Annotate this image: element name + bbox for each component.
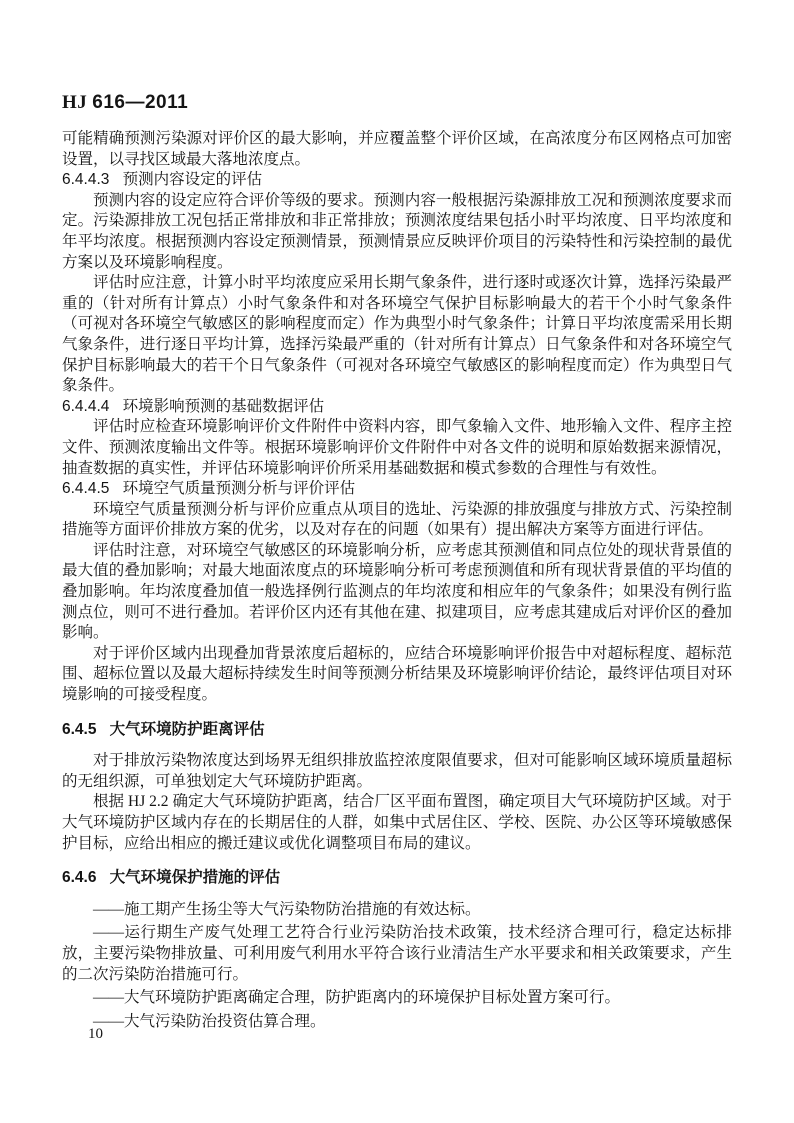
page-header: HJ616—2011 xyxy=(62,92,188,114)
section-number: 6.4.5 xyxy=(62,721,96,738)
page-number: 10 xyxy=(88,1026,103,1043)
section-heading-6445: 6.4.4.5环境空气质量预测分析与评价评估 xyxy=(62,479,732,500)
paragraph: 对于评价区域内出现叠加背景浓度后超标的，应结合环境影响评价报告中对超标程度、超标… xyxy=(62,644,732,706)
paragraph: 评估时注意，对环境空气敏感区的环境影响分析，应考虑其预测值和同点位处的现状背景值… xyxy=(62,541,732,644)
paragraph: 根据 HJ 2.2 确定大气环境防护距离，结合厂区平面布置图，确定项目大气环境防… xyxy=(62,792,732,854)
paragraph: 评估时应检查环境影响评价文件附件中资料内容，即气象输入文件、地形输入文件、程序主… xyxy=(62,417,732,479)
paragraph: 评估时应注意，计算小时平均浓度应采用长期气象条件，进行逐时或逐次计算，选择污染最… xyxy=(62,273,732,397)
standard-prefix: HJ xyxy=(62,92,87,113)
dash-list-item: ——施工期产生扬尘等大气污染物防治措施的有效达标。 xyxy=(62,900,732,921)
paragraph: 预测内容的设定应符合评价等级的要求。预测内容一般根据污染源排放工况和预测浓度要求… xyxy=(62,191,732,273)
section-title: 大气环境保护措施的评估 xyxy=(110,869,281,886)
paragraph: 对于排放污染物浓度达到场界无组织排放监控浓度限值要求，但对可能影响区域环境质量超… xyxy=(62,751,732,792)
section-heading-6443: 6.4.4.3预测内容设定的评估 xyxy=(62,170,732,191)
document-body: 可能精确预测污染源对评价区的最大影响，并应覆盖整个评价区域，在高浓度分布区网格点… xyxy=(62,129,732,1035)
section-heading-6444: 6.4.4.4环境影响预测的基础数据评估 xyxy=(62,397,732,418)
section-heading-645: 6.4.5大气环境防护距离评估 xyxy=(62,720,732,741)
section-heading-646: 6.4.6大气环境保护措施的评估 xyxy=(62,868,732,889)
dash-list-item: ——运行期生产废气处理工艺符合行业污染防治技术政策，技术经济合理可行，稳定达标排… xyxy=(62,923,732,985)
section-number: 6.4.6 xyxy=(62,869,96,886)
section-title: 大气环境防护距离评估 xyxy=(110,721,265,738)
section-number: 6.4.4.4 xyxy=(62,398,109,415)
section-title: 环境影响预测的基础数据评估 xyxy=(123,398,325,415)
section-number: 6.4.4.5 xyxy=(62,480,109,497)
dash-list-item: ——大气污染防治投资估算合理。 xyxy=(62,1012,732,1033)
section-title: 环境空气质量预测分析与评价评估 xyxy=(123,480,356,497)
paragraph-continuation: 可能精确预测污染源对评价区的最大影响，并应覆盖整个评价区域，在高浓度分布区网格点… xyxy=(62,129,732,170)
document-page: HJ616—2011 可能精确预测污染源对评价区的最大影响，并应覆盖整个评价区域… xyxy=(0,0,794,1123)
standard-number: 616—2011 xyxy=(92,92,188,113)
dash-list-item: ——大气环境防护距离确定合理，防护距离内的环境保护目标处置方案可行。 xyxy=(62,988,732,1009)
paragraph: 环境空气质量预测分析与评价应重点从项目的选址、污染源的排放强度与排放方式、污染控… xyxy=(62,500,732,541)
section-number: 6.4.4.3 xyxy=(62,171,109,188)
section-title: 预测内容设定的评估 xyxy=(123,171,263,188)
